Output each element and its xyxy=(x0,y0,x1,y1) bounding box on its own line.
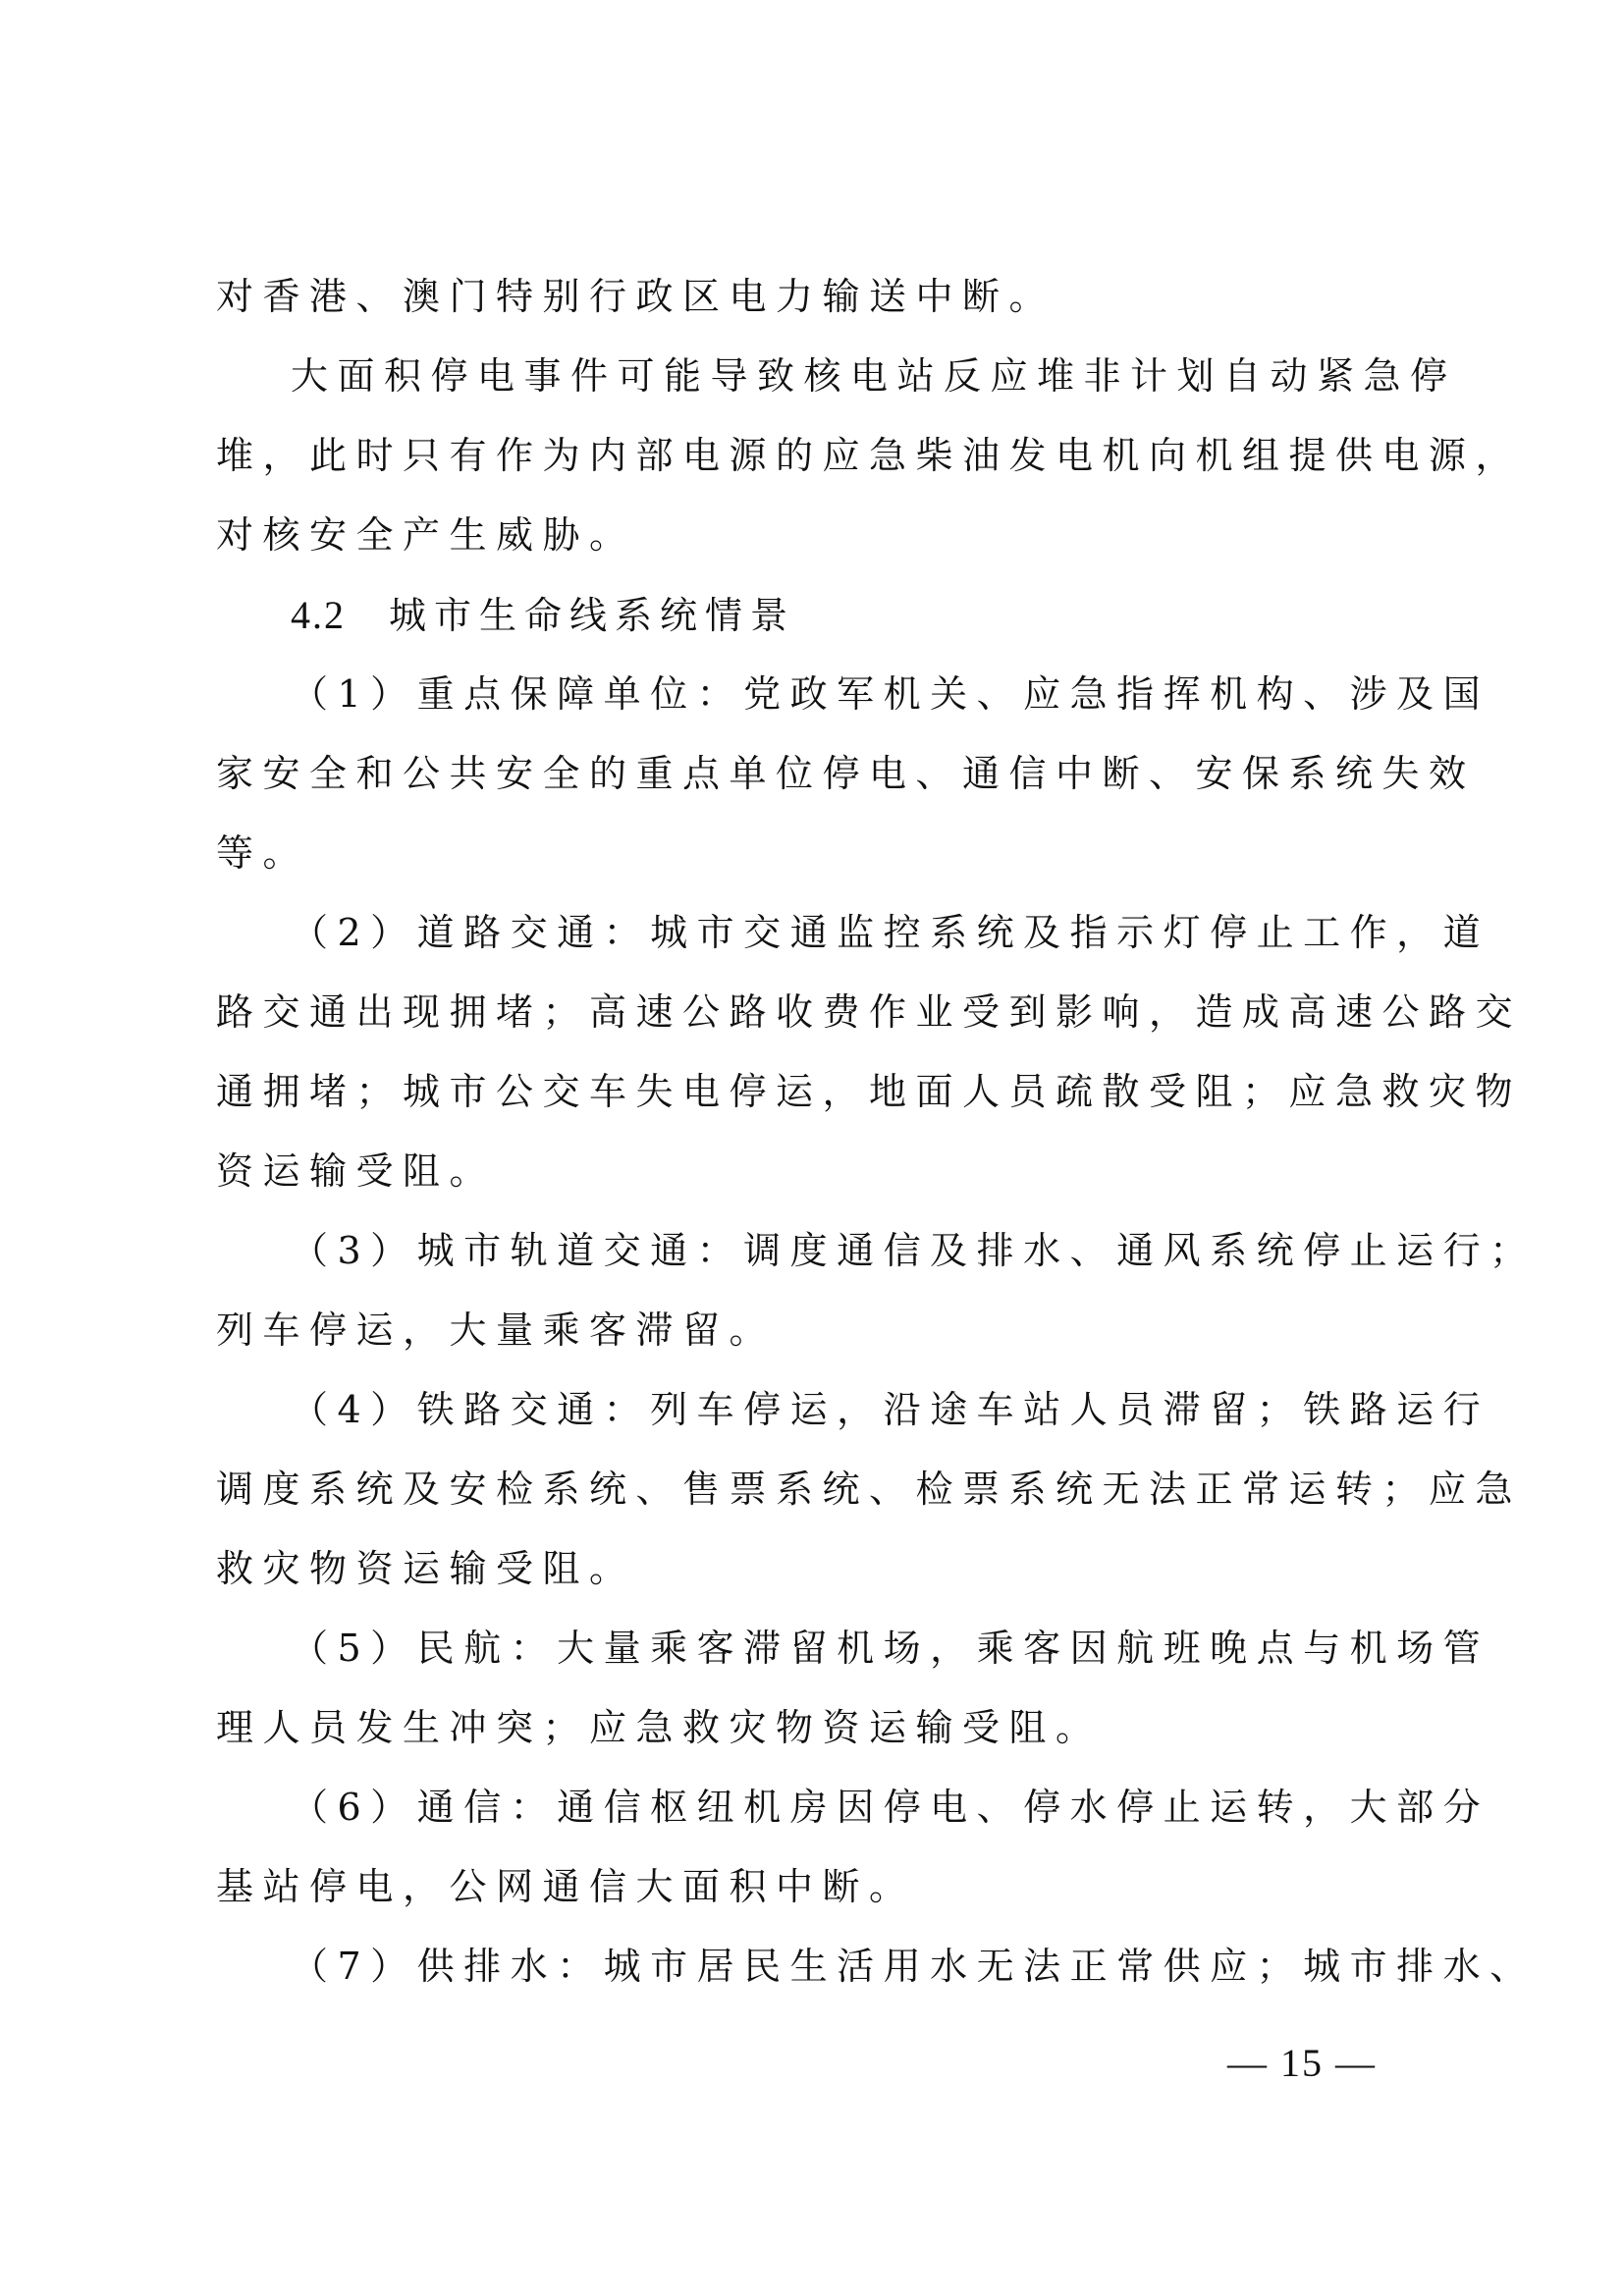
list-item-line: （1）重点保障单位：党政军机关、应急指挥机构、涉及国 xyxy=(216,655,1416,734)
list-item-line: 理人员发生冲突；应急救灾物资运输受阻。 xyxy=(216,1688,1416,1768)
document-page: 对香港、澳门特别行政区电力输送中断。 大面积停电事件可能导致核电站反应堆非计划自… xyxy=(216,257,1416,2006)
paragraph-line: 堆，此时只有作为内部电源的应急柴油发电机向机组提供电源， xyxy=(216,416,1416,496)
section-heading: 4.2城市生命线系统情景 xyxy=(216,575,1416,655)
page-number: — 15 — xyxy=(1227,2040,1377,2087)
list-item-line: 调度系统及安检系统、售票系统、检票系统无法正常运转；应急 xyxy=(216,1450,1416,1529)
list-item-line: （2）道路交通：城市交通监控系统及指示灯停止工作，道 xyxy=(216,893,1416,973)
list-item-line: 路交通出现拥堵；高速公路收费作业受到影响，造成高速公路交 xyxy=(216,973,1416,1052)
section-title: 城市生命线系统情景 xyxy=(389,594,795,637)
list-item-line: 等。 xyxy=(216,814,1416,893)
list-item-line: 家安全和公共安全的重点单位停电、通信中断、安保系统失效 xyxy=(216,734,1416,814)
list-item-line: 通拥堵；城市公交车失电停运，地面人员疏散受阻；应急救灾物 xyxy=(216,1052,1416,1132)
paragraph-line: 对核安全产生威胁。 xyxy=(216,496,1416,575)
list-item-line: （6）通信：通信枢纽机房因停电、停水停止运转，大部分 xyxy=(216,1768,1416,1847)
paragraph-line: 大面积停电事件可能导致核电站反应堆非计划自动紧急停 xyxy=(216,337,1416,416)
list-item-line: 基站停电，公网通信大面积中断。 xyxy=(216,1847,1416,1927)
list-item-line: （5）民航：大量乘客滞留机场，乘客因航班晚点与机场管 xyxy=(216,1609,1416,1688)
list-item-line: 救灾物资运输受阻。 xyxy=(216,1529,1416,1609)
list-item-line: （4）铁路交通：列车停运，沿途车站人员滞留；铁路运行 xyxy=(216,1370,1416,1450)
list-item-line: （7）供排水：城市居民生活用水无法正常供应；城市排水、 xyxy=(216,1927,1416,2006)
list-item-line: 资运输受阻。 xyxy=(216,1132,1416,1211)
paragraph-line: 对香港、澳门特别行政区电力输送中断。 xyxy=(216,257,1416,337)
section-number: 4.2 xyxy=(291,593,346,637)
list-item-line: 列车停运，大量乘客滞留。 xyxy=(216,1291,1416,1370)
list-item-line: （3）城市轨道交通：调度通信及排水、通风系统停止运行； xyxy=(216,1211,1416,1291)
